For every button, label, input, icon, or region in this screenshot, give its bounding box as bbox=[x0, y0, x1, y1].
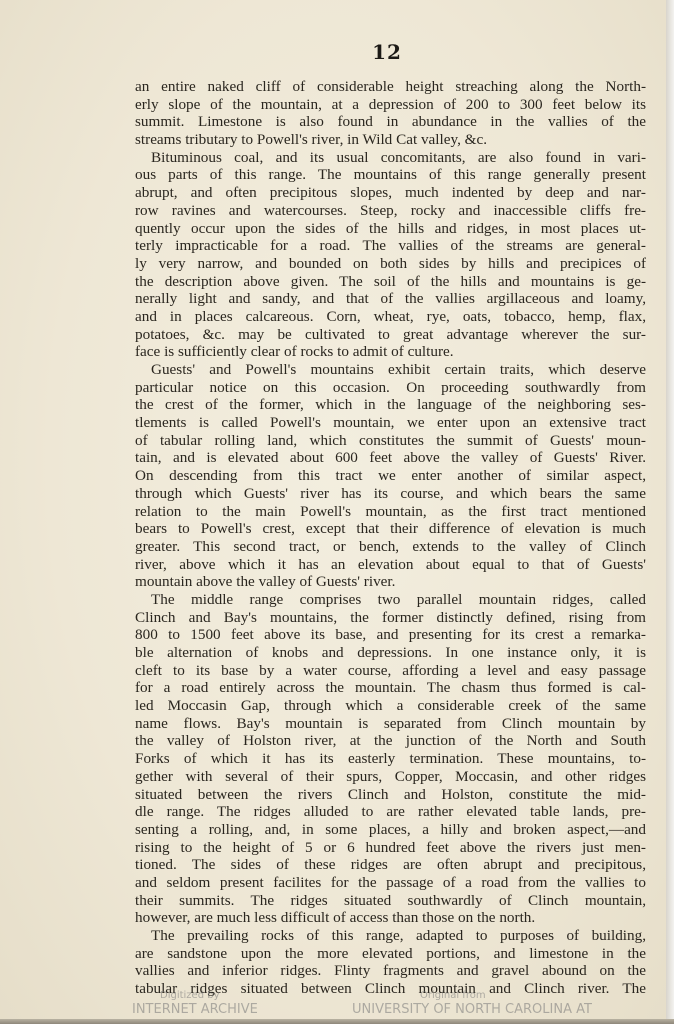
text-line: tlements is called Powell's mountain, we… bbox=[135, 414, 646, 432]
text-line: ous parts of this range. The mountains o… bbox=[135, 166, 646, 184]
text-line: for a road entirely across the mountain.… bbox=[135, 679, 646, 697]
text-line: potatoes, &c. may be cultivated to great… bbox=[135, 326, 646, 344]
text-line: and seldom present facilites for the pas… bbox=[135, 874, 646, 892]
text-line: the valley of Holston river, at the junc… bbox=[135, 732, 646, 750]
text-line: On descending from this tract we enter a… bbox=[135, 467, 646, 485]
text-line: greater. This second tract, or bench, ex… bbox=[135, 538, 646, 556]
text-line: particular notice on this occasion. On p… bbox=[135, 379, 646, 397]
text-line: abrupt, and often precipitous slopes, mu… bbox=[135, 184, 646, 202]
text-line: rising to the height of 5 or 6 hundred f… bbox=[135, 839, 646, 857]
text-line: an entire naked cliff of considerable he… bbox=[135, 78, 646, 96]
text-line: name flows. Bay's mountain is separated … bbox=[135, 715, 646, 733]
text-line: terly impracticable for a road. The vall… bbox=[135, 237, 646, 255]
text-line: senting a rolling, and, in some places, … bbox=[135, 821, 646, 839]
text-line: the description above given. The soil of… bbox=[135, 273, 646, 291]
text-line: led Moccasin Gap, through which a consid… bbox=[135, 697, 646, 715]
text-line: their summits. The ridges situated south… bbox=[135, 892, 646, 910]
text-line: nerally light and sandy, and that of the… bbox=[135, 290, 646, 308]
text-line: row ravines and watercourses. Steep, roc… bbox=[135, 202, 646, 220]
text-line: the crest of the former, which in the la… bbox=[135, 396, 646, 414]
text-line: Guests' and Powell's mountains exhibit c… bbox=[135, 361, 646, 379]
text-line: dle range. The ridges alluded to are rat… bbox=[135, 803, 646, 821]
text-line: Bituminous coal, and its usual concomita… bbox=[135, 149, 646, 167]
text-line: erly slope of the mountain, at a depress… bbox=[135, 96, 646, 114]
text-line: cleft to its base by a water course, aff… bbox=[135, 662, 646, 680]
text-line: relation to the main Powell's mountain, … bbox=[135, 503, 646, 521]
watermark-digitized-by: Digitized by bbox=[160, 990, 220, 1001]
text-line: Clinch and Bay's mountains, the former d… bbox=[135, 609, 646, 627]
text-line: Forks of which it has its easterly termi… bbox=[135, 750, 646, 768]
body-text: an entire naked cliff of considerable he… bbox=[135, 78, 646, 998]
text-line: bears to Powell's crest, except that the… bbox=[135, 520, 646, 538]
watermark-original-from: Original from bbox=[420, 990, 486, 1001]
text-line: 800 to 1500 feet above its base, and pre… bbox=[135, 626, 646, 644]
text-line: ly very narrow, and bounded on both side… bbox=[135, 255, 646, 273]
text-line: mountain above the valley of Guests' riv… bbox=[135, 573, 646, 591]
text-line: The prevailing rocks of this range, adap… bbox=[135, 927, 646, 945]
text-line: streams tributary to Powell's river, in … bbox=[135, 131, 646, 149]
text-line: tioned. The sides of these ridges are of… bbox=[135, 856, 646, 874]
text-line: however, are much less difficult of acce… bbox=[135, 909, 646, 927]
text-line: summit. Limestone is also found in abund… bbox=[135, 113, 646, 131]
text-line: are sandstone upon the more elevated por… bbox=[135, 945, 646, 963]
text-line: ble alternation of knobs and depressions… bbox=[135, 644, 646, 662]
scan-bottom-edge bbox=[0, 1019, 674, 1024]
text-line: through which Guests' river has its cour… bbox=[135, 485, 646, 503]
text-line: face is sufficiently clear of rocks to a… bbox=[135, 343, 646, 361]
text-line: tain, and is elevated about 600 feet abo… bbox=[135, 449, 646, 467]
watermark-university: UNIVERSITY OF NORTH CAROLINA AT bbox=[352, 1002, 592, 1017]
text-line: and in places calcareous. Corn, wheat, r… bbox=[135, 308, 646, 326]
page-number: 12 bbox=[0, 40, 674, 64]
text-line: vallies and inferior ridges. Flinty frag… bbox=[135, 962, 646, 980]
page-edge bbox=[666, 0, 674, 1024]
text-line: river, above which it has an elevation a… bbox=[135, 556, 646, 574]
book-page: 12 an entire naked cliff of considerable… bbox=[0, 0, 666, 1019]
text-line: quently occur upon the sides of the hill… bbox=[135, 220, 646, 238]
text-line: of tabular rolling land, which constitut… bbox=[135, 432, 646, 450]
text-line: situated between the rivers Clinch and H… bbox=[135, 786, 646, 804]
watermark-internet-archive: INTERNET ARCHIVE bbox=[132, 1002, 258, 1017]
text-line: The middle range comprises two parallel … bbox=[135, 591, 646, 609]
text-line: gether with several of their spurs, Copp… bbox=[135, 768, 646, 786]
